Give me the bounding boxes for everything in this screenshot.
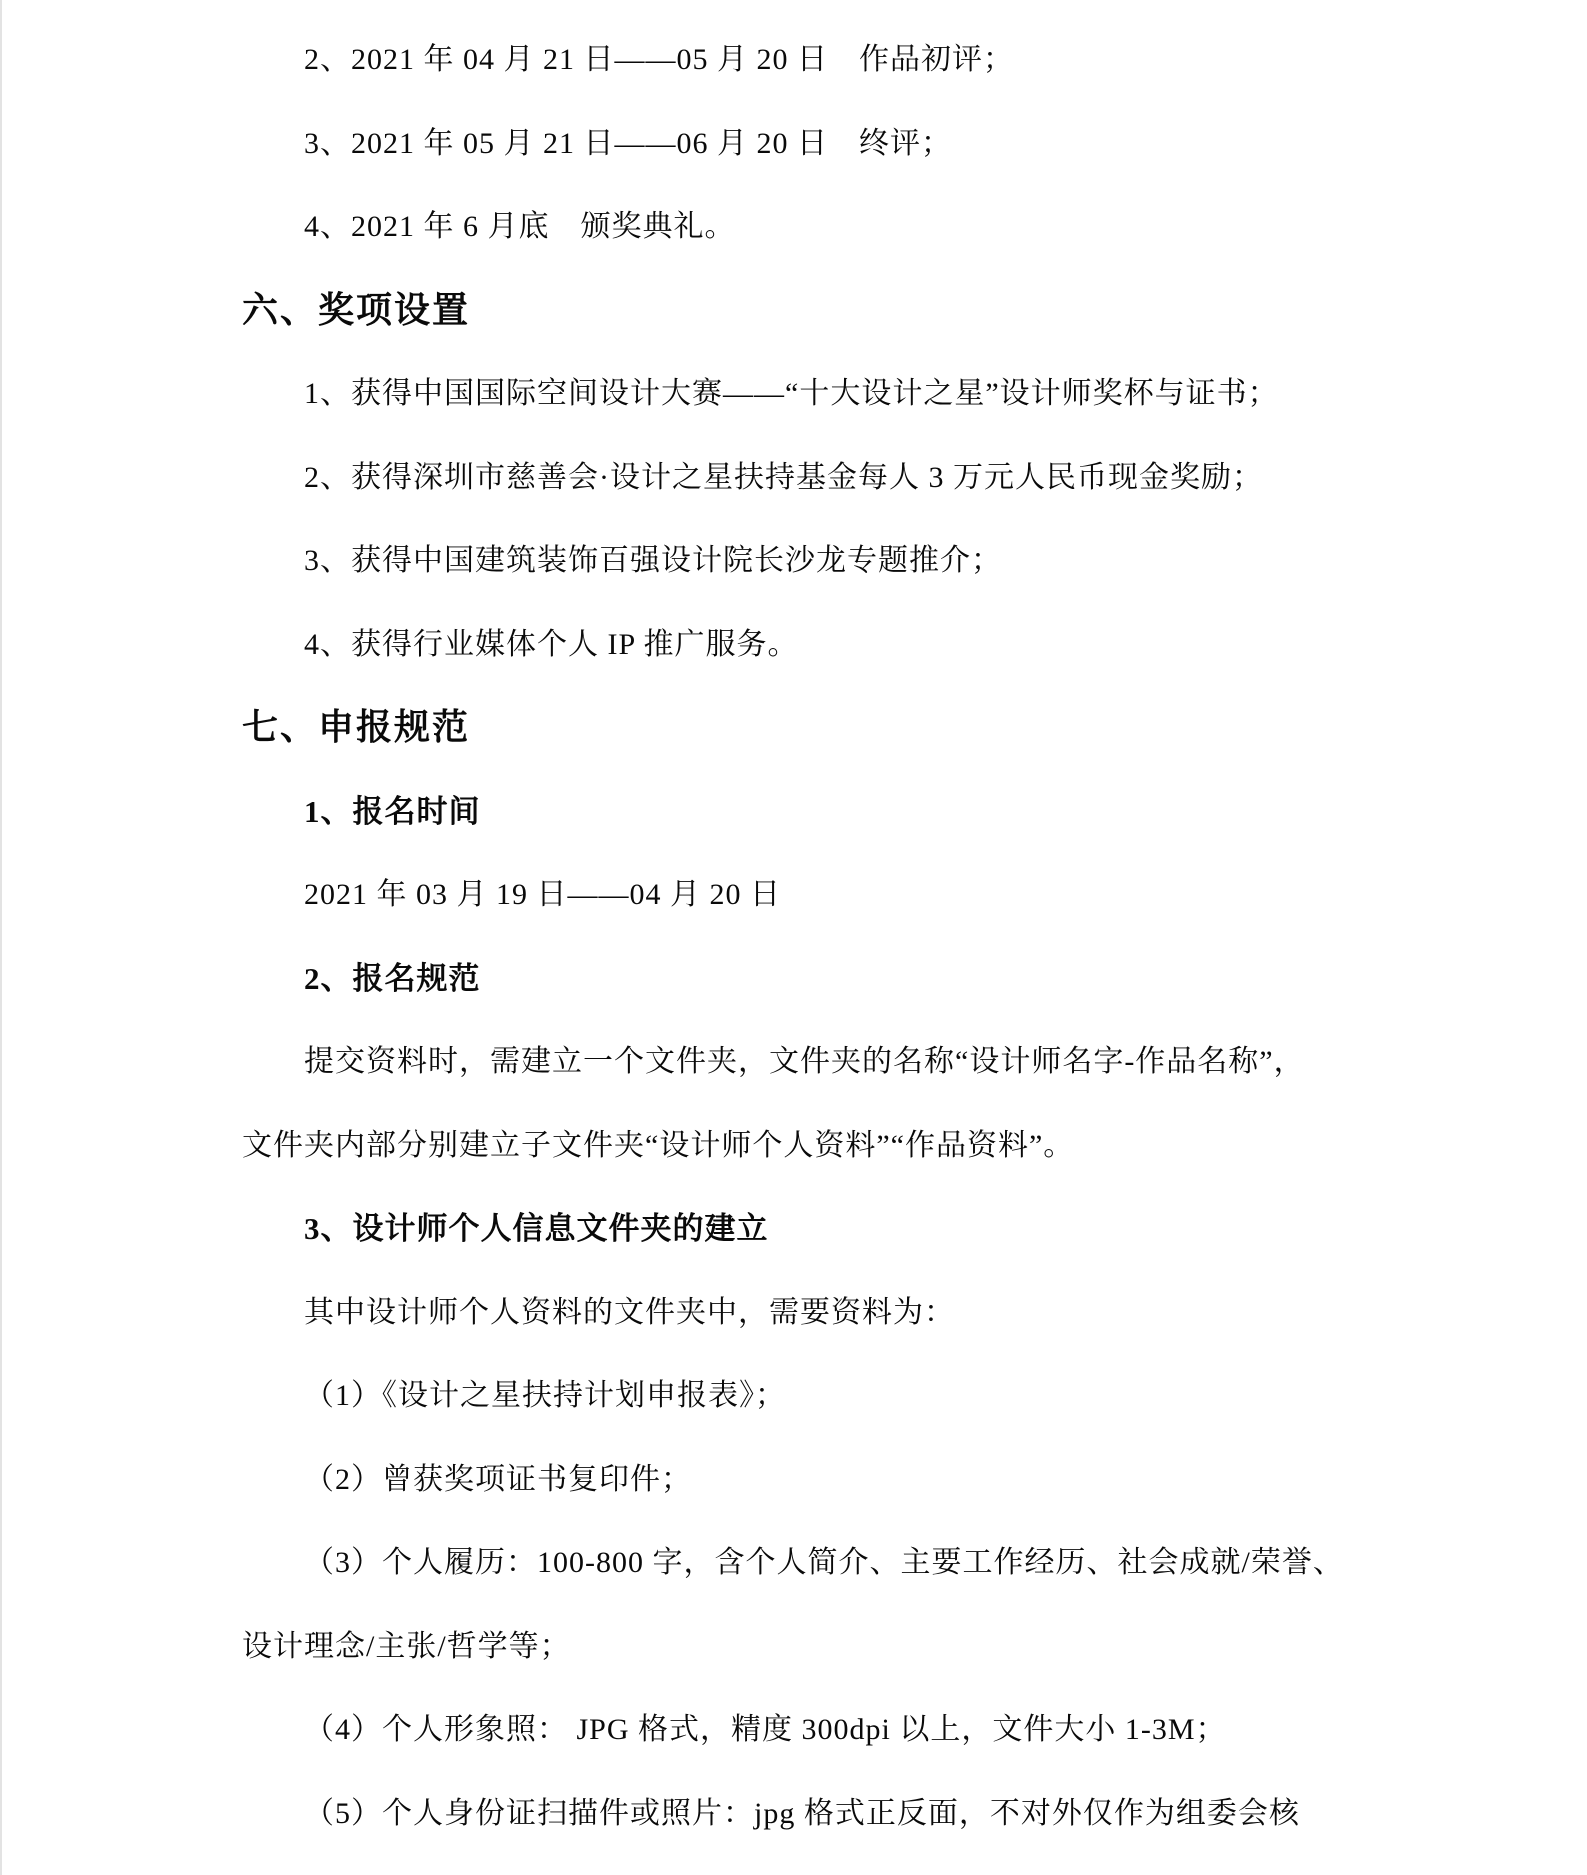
signup-rules-line-2: 文件夹内部分别建立子文件夹“设计师个人资料”“作品资料”。: [242, 1104, 1522, 1188]
document-page: 2、2021 年 04 月 21 日——05 月 20 日 作品初评；3、202…: [0, 0, 1587, 1875]
material-item-4: （4）个人形象照： JPG 格式，精度 300dpi 以上，文件大小 1-3M；: [242, 1688, 1522, 1772]
award-item-3: 3、获得中国建筑装饰百强设计院长沙龙专题推介；: [242, 519, 1522, 603]
subheading-signup-rules: 2、报名规范: [242, 937, 1522, 1021]
schedule-item-4: 4、2021 年 6 月底 颁奖典礼。: [242, 185, 1522, 269]
award-item-4: 4、获得行业媒体个人 IP 推广服务。: [242, 603, 1522, 687]
award-item-2: 2、获得深圳市慈善会·设计之星扶持基金每人 3 万元人民币现金奖励；: [242, 436, 1522, 520]
document-content: 2、2021 年 04 月 21 日——05 月 20 日 作品初评；3、202…: [242, 18, 1522, 1855]
personal-folder-intro: 其中设计师个人资料的文件夹中，需要资料为：: [242, 1271, 1522, 1355]
schedule-item-3: 3、2021 年 05 月 21 日——06 月 20 日 终评；: [242, 102, 1522, 186]
material-item-3-line-2: 设计理念/主张/哲学等；: [242, 1605, 1522, 1689]
page-left-border: [0, 0, 2, 1875]
signup-rules-line-1: 提交资料时，需建立一个文件夹，文件夹的名称“设计师名字-作品名称”，: [242, 1020, 1522, 1104]
award-item-1: 1、获得中国国际空间设计大赛——“十大设计之星”设计师奖杯与证书；: [242, 352, 1522, 436]
subheading-signup-time: 1、报名时间: [242, 770, 1522, 854]
subheading-personal-folder: 3、设计师个人信息文件夹的建立: [242, 1187, 1522, 1271]
material-item-2: （2）曾获奖项证书复印件；: [242, 1438, 1522, 1522]
section-heading-awards: 六、奖项设置: [242, 269, 1522, 353]
section-heading-application: 七、申报规范: [242, 686, 1522, 770]
schedule-item-2: 2、2021 年 04 月 21 日——05 月 20 日 作品初评；: [242, 18, 1522, 102]
material-item-5-line-1: （5）个人身份证扫描件或照片：jpg 格式正反面，不对外仅作为组委会核: [242, 1772, 1522, 1856]
material-item-1: （1）《设计之星扶持计划申报表》；: [242, 1354, 1522, 1438]
material-item-3-line-1: （3）个人履历：100-800 字，含个人简介、主要工作经历、社会成就/荣誉、: [242, 1521, 1522, 1605]
signup-time-range: 2021 年 03 月 19 日——04 月 20 日: [242, 853, 1522, 937]
